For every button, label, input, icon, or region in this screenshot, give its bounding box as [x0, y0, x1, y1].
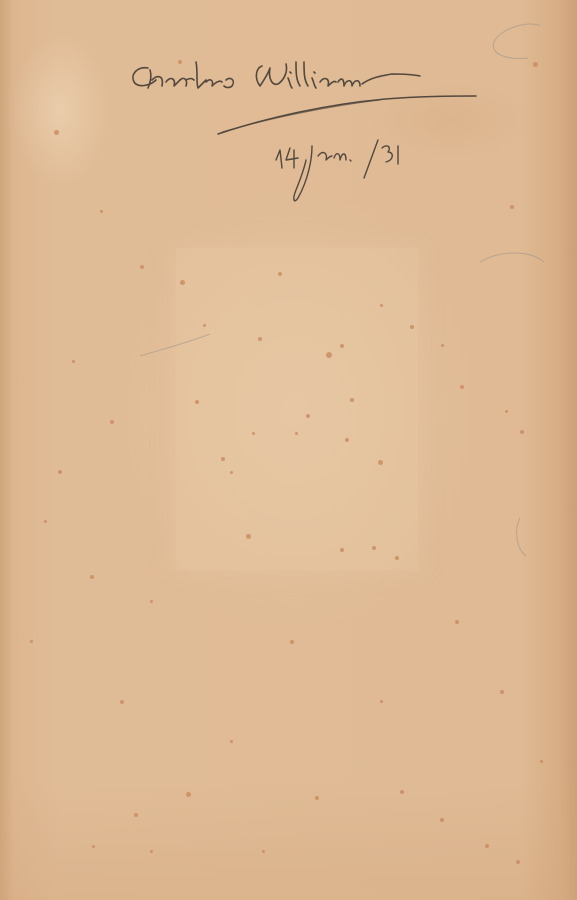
signature-underline	[218, 96, 476, 134]
book-page	[0, 0, 577, 900]
signature-name	[133, 62, 420, 88]
handwritten-inscription	[0, 0, 577, 900]
inscription-date	[276, 140, 398, 201]
